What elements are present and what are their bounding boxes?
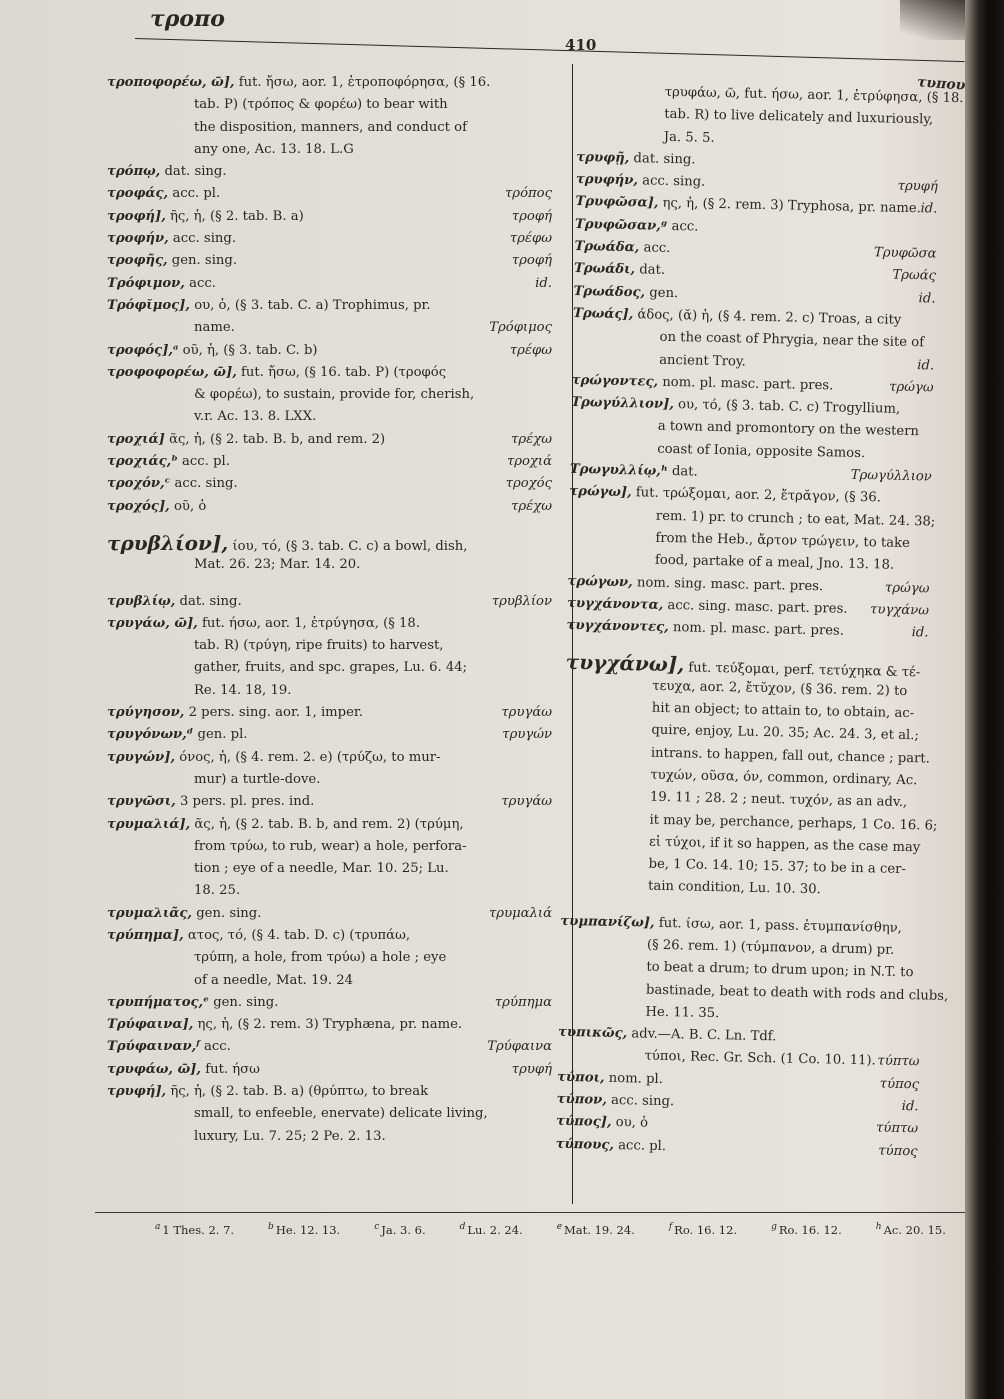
headword: τροφάς,: [107, 186, 168, 201]
right-column: τρυφάω, ῶ, fut. ήσω, aor. 1, ἐτρύφησα, (…: [555, 80, 949, 1164]
footnote-rule: [95, 1212, 965, 1213]
headword: τρυμαλιᾶς,: [107, 906, 192, 921]
cross-reference: τρυγάω: [501, 791, 552, 813]
definition-text: ίου, τό, (§ 3. tab. C. c) a bowl, dish,: [232, 539, 467, 554]
entry-line: from τρύω, to rub, wear) a hole, perfora…: [107, 836, 562, 858]
definition-text: acc. sing.: [611, 1093, 674, 1109]
dictionary-entry: τρύγησον, 2 pers. sing. aor. 1, imper.τρ…: [107, 702, 562, 724]
headword: τυγχάνοντες,: [566, 618, 668, 635]
headword: τύποι,: [557, 1070, 605, 1086]
definition-text: ancient Troy.: [659, 352, 746, 369]
definition-text: εἰ τύχοι, if it so happen, as the case m…: [649, 834, 921, 855]
entry-line: τροφήν, acc. sing.τρέφω: [107, 228, 562, 250]
entry-line: 18. 25.: [107, 880, 562, 902]
footnote-mark: a: [155, 1222, 160, 1232]
entry-line: tab. R) (τρύγη, ripe fruits) to harvest,: [107, 635, 562, 657]
definition-text: intrans. to happen, fall out, chance ; p…: [651, 745, 930, 766]
definition-text: 19. 11 ; 28. 2 ; neut. τυχόν, as an adv.…: [650, 790, 907, 810]
entry-line: Τρόφῐμος], ου, ὁ, (§ 3. tab. C. a) Troph…: [107, 295, 562, 317]
definition-text: be, 1 Co. 14. 10; 15. 37; to be in a cer…: [648, 857, 906, 877]
definition-text: fut. τρώξομαι, aor. 2, ἔτρᾰγον, (§ 36.: [636, 486, 881, 506]
definition-text: hit an object; to attain to, to obtain, …: [652, 701, 915, 721]
definition-text: acc.: [189, 276, 216, 291]
entry-line: luxury, Lu. 7. 25; 2 Pe. 2. 13.: [107, 1126, 562, 1148]
headword: τρυβλίον],: [107, 531, 228, 555]
entry-line: τρυμαλιά], ᾶς, ἡ, (§ 2. tab. B. b, and r…: [107, 814, 562, 836]
headword: Τρωάδος,: [573, 284, 645, 300]
headword: τρυγόνων,ᵈ: [107, 727, 193, 742]
definition-text: τυχών, οῦσα, όν, common, ordinary, Ac.: [650, 768, 917, 789]
cross-reference: id.: [918, 288, 935, 311]
dictionary-entry: τρυπήματος,ᵉ gen. sing.τρύπημα: [107, 992, 562, 1014]
entry-line: τρυβλίῳ, dat. sing.τρυβλίον: [107, 591, 562, 613]
definition-text: to beat a drum; to drum upon; in N.T. to: [646, 960, 913, 981]
dictionary-entry: τροφήν, acc. sing.τρέφω: [107, 228, 562, 250]
cross-reference: τροφή: [512, 206, 552, 228]
definition-text: nom. sing. masc. part. pres.: [637, 575, 824, 594]
definition-text: dat. sing.: [164, 164, 226, 179]
left-column: τροποφορέω, ῶ], fut. ἤσω, aor. 1, ἐτροπο…: [107, 72, 562, 1148]
headword: τρόπῳ,: [107, 164, 160, 179]
definition-text: gather, fruits, and spc. grapes, Lu. 6. …: [194, 660, 467, 675]
dictionary-entry: τροχόν,ᶜ acc. sing.τροχός: [107, 473, 562, 495]
dictionary-entry: τροχιά] ᾶς, ἡ, (§ 2. tab. B. b, and rem.…: [107, 429, 562, 451]
headword: τρύγησον,: [107, 705, 184, 720]
definition-text: acc. pl.: [172, 186, 220, 201]
definition-text: ης, ἡ, (§ 2. rem. 3) Tryphæna, pr. name.: [198, 1017, 463, 1032]
definition-text: nom. pl.: [609, 1071, 663, 1087]
headword: τροφή],: [107, 209, 166, 224]
footnote-text: Ac. 20. 15.: [884, 1223, 946, 1237]
entry-line: τρύπημα], ατος, τό, (§ 4. tab. D. c) (τρ…: [107, 925, 562, 947]
entry-line: Re. 14. 18, 19.: [107, 680, 562, 702]
cross-reference: τρώγω: [885, 577, 930, 600]
definition-text: acc. sing. masc. part. pres.: [667, 598, 847, 617]
definition-text: bastinade, beat to death with rods and c…: [646, 982, 949, 1003]
cross-reference: id.: [911, 622, 928, 645]
definition-text: acc. sing.: [642, 174, 705, 190]
entry-line: tion ; eye of a needle, Mar. 10. 25; Lu.: [107, 858, 562, 880]
headword: τροχός],: [107, 499, 170, 514]
cross-reference: τρυγάω: [501, 702, 552, 724]
definition-text: tab. R) (τρύγη, ripe fruits) to harvest,: [194, 638, 444, 653]
definition-text: tab. R) to live delicately and luxurious…: [664, 107, 933, 128]
footnote-text: 1 Thes. 2. 7.: [162, 1223, 234, 1237]
definition-text: Re. 14. 18, 19.: [194, 683, 291, 698]
headword: τροφοφορέω, ῶ],: [107, 365, 237, 380]
cross-reference: τύπτω: [876, 1118, 918, 1141]
definition-text: άδος, (ᾰ) ἡ, (§ 4. rem. 2. c) Troas, a c…: [637, 307, 901, 328]
dictionary-entry: τρυγών], όνος, ἡ, (§ 4. rem. 2. e) (τρύζ…: [107, 747, 562, 792]
headword: Τρωγυλλίῳ,ʰ: [570, 462, 668, 479]
dictionary-entry: Τρωάς], άδος, (ᾰ) ἡ, (§ 4. rem. 2. c) Tr…: [572, 303, 945, 378]
spacer: [107, 577, 562, 591]
headword: τρώγω],: [569, 484, 632, 500]
entry-line: τρυπήματος,ᵉ gen. sing.τρύπημα: [107, 992, 562, 1014]
cross-reference: τρυγών: [502, 724, 552, 746]
definition-text: gen. sing.: [213, 995, 278, 1010]
entry-line: the disposition, manners, and conduct of: [107, 117, 562, 139]
footnote-text: Ro. 16. 12.: [779, 1223, 842, 1237]
definition-text: adv.—A. B. C. Ln. Tdf.: [631, 1027, 776, 1045]
definition-text: ου, ὁ: [616, 1115, 649, 1131]
headword: Τρόφιμον,: [107, 276, 185, 291]
entry-line: τρυμαλιᾶς, gen. sing.τρυμαλιά: [107, 903, 562, 925]
dictionary-entry: τρυμαλιά], ᾶς, ἡ, (§ 2. tab. B. b, and r…: [107, 814, 562, 903]
footnote: fRo. 16. 12.: [669, 1222, 737, 1237]
headword: τροχόν,ᶜ: [107, 476, 170, 491]
cross-reference: Τρόφιμος: [489, 317, 552, 339]
entry-line: τροφός],ᵃ οῦ, ἡ, (§ 3. tab. C. b)τρέφω: [107, 340, 562, 362]
dictionary-entry: Τρύφαιναν,ᶠ acc.Τρύφαινα: [107, 1036, 562, 1058]
dictionary-entry: τρυφάω, ῶ], fut. ήσωτρυφή: [107, 1059, 562, 1081]
headword: Τρύφαιναν,ᶠ: [107, 1039, 200, 1054]
entry-line: v.r. Ac. 13. 8. LXX.: [107, 406, 562, 428]
definition-text: dat. sing.: [180, 594, 242, 609]
cross-reference: τρέχω: [511, 429, 552, 451]
entry-line: τροφῆς, gen. sing.τροφή: [107, 250, 562, 272]
footnote-mark: d: [460, 1222, 466, 1232]
definition-text: from τρύω, to rub, wear) a hole, perfora…: [194, 839, 467, 854]
headword: τρυγών],: [107, 750, 175, 765]
footnote-mark: e: [557, 1222, 562, 1232]
entry-line: τρυβλίον], ίου, τό, (§ 3. tab. C. c) a b…: [107, 532, 562, 554]
headword: τρυφήν,: [576, 172, 638, 188]
definition-text: acc.: [643, 240, 670, 256]
definition-text: luxury, Lu. 7. 25; 2 Pe. 2. 13.: [194, 1129, 386, 1144]
dictionary-entry: τρώγω], fut. τρώξομαι, aor. 2, ἔτρᾰγον, …: [568, 481, 942, 578]
definition-text: mur) a turtle-dove.: [194, 772, 320, 787]
headword: Τρύφαινα],: [107, 1017, 193, 1032]
headword: τρυμαλιά],: [107, 817, 190, 832]
cross-reference: τρυβλίον: [492, 591, 552, 613]
dictionary-entry: τρυφάω, ῶ, fut. ήσω, aor. 1, ἐτρύφησα, (…: [577, 80, 950, 155]
spacer: [107, 518, 562, 532]
headword: τυγχάνοντα,: [567, 596, 664, 613]
headword: τρύπημα],: [107, 928, 184, 943]
definition-text: ου, ὁ, (§ 3. tab. C. a) Trophimus, pr.: [194, 298, 430, 313]
headword: τυπικῶς,: [558, 1025, 627, 1041]
cross-reference: τρέχω: [511, 496, 552, 518]
dictionary-entry: τρυμαλιᾶς, gen. sing.τρυμαλιά: [107, 903, 562, 925]
dictionary-entry: τυμπανίζω], fut. ίσω, aor. 1, pass. ἐτυμ…: [558, 911, 932, 1030]
dictionary-entry: Τρωγύλλιον], ου, τό, (§ 3. tab. C. c) Tr…: [570, 392, 943, 467]
footnote-mark: c: [374, 1222, 379, 1232]
dictionary-entry: τρύπημα], ατος, τό, (§ 4. tab. D. c) (τρ…: [107, 925, 562, 992]
cross-reference: τροχός: [506, 473, 552, 495]
book-gutter-edge: [965, 0, 1004, 1399]
headword: τυμπανίζω],: [560, 914, 655, 931]
entry-line: τροφή], ῆς, ἡ, (§ 2. tab. B. a)τροφή: [107, 206, 562, 228]
headword: τροφῆς,: [107, 253, 168, 268]
definition-text: small, to enfeeble, enervate) delicate l…: [194, 1106, 488, 1121]
dictionary-entry: τρυβλίον], ίου, τό, (§ 3. tab. C. c) a b…: [107, 532, 562, 591]
entry-line: Mat. 26. 23; Mar. 14. 20.: [107, 554, 562, 576]
headword: τρώγων,: [567, 573, 633, 589]
cross-reference: τρυμαλιά: [489, 903, 552, 925]
entry-line: Τρόφιμον, acc.id.: [107, 273, 562, 295]
cross-reference: Τρωάς: [892, 265, 936, 288]
cross-reference: τύπος: [879, 1073, 919, 1096]
definition-text: nom. pl. masc. part. pres.: [673, 620, 844, 639]
entry-line: τρυφάω, ῶ], fut. ήσωτρυφή: [107, 1059, 562, 1081]
definition-text: τευχα, aor. 2, ἔτῠχον, (§ 36. rem. 2) to: [652, 678, 907, 698]
definition-text: name.: [194, 320, 235, 335]
definition-text: οῦ, ἡ, (§ 3. tab. C. b): [183, 343, 318, 358]
definition-text: any one, Ac. 13. 18. L.G: [194, 142, 354, 157]
cross-reference: τρυφή: [897, 176, 938, 199]
footnote-text: He. 12. 13.: [276, 1223, 340, 1237]
entry-line: name.Τρόφιμος: [107, 317, 562, 339]
entry-line: τροχός], οῦ, ὁτρέχω: [107, 496, 562, 518]
cross-reference: τρώγω: [889, 376, 934, 399]
headword: Τρυφῶσα],: [575, 194, 658, 211]
cross-reference: τρόπος: [505, 183, 552, 205]
dictionary-entry: Τρύφαινα], ης, ἡ, (§ 2. rem. 3) Tryphæna…: [107, 1014, 562, 1036]
definition-text: dat.: [639, 263, 665, 279]
dictionary-entry: τρυγῶσι, 3 pers. pl. pres. ind.τρυγάω: [107, 791, 562, 813]
definition-text: of a needle, Mat. 19. 24: [194, 973, 353, 988]
dictionary-entry: τροφή], ῆς, ἡ, (§ 2. tab. B. a)τροφή: [107, 206, 562, 228]
headword: τρώγοντες,: [572, 373, 659, 390]
headword: τροχιά]: [107, 432, 165, 447]
definition-text: τρύπη, a hole, from τρύω) a hole ; eye: [194, 950, 446, 965]
entry-line: τρυγῶσι, 3 pers. pl. pres. ind.τρυγάω: [107, 791, 562, 813]
definition-text: He. 11. 35.: [645, 1004, 719, 1021]
dictionary-entry: τροφάς, acc. pl.τρόπος: [107, 183, 562, 205]
cross-reference: id.: [901, 1096, 918, 1119]
headword: τρυφῇ,: [576, 150, 629, 166]
definition-text: gen. pl.: [198, 727, 248, 742]
headword: Τρωγύλλιον],: [571, 395, 674, 412]
definition-text: (§ 26. rem. 1) (τύμπανον, a drum) pr.: [647, 938, 895, 958]
entry-line: τροφοφορέω, ῶ], fut. ἤσω, (§ 16. tab. P)…: [107, 362, 562, 384]
headword: Τρωάδα,: [574, 239, 639, 255]
definition-text: τρυφάω, ῶ, fut. ήσω, aor. 1, ἐτρύφησα, (…: [665, 85, 964, 106]
headword: τύπον,: [556, 1092, 607, 1108]
definition-text: ᾶς, ἡ, (§ 2. tab. B. b, and rem. 2) (τρύ…: [194, 817, 463, 832]
dictionary-entry: Τρόφῐμος], ου, ὁ, (§ 3. tab. C. a) Troph…: [107, 295, 562, 340]
dictionary-entry: τρυγάω, ῶ], fut. ήσω, aor. 1, ἐτρύγησα, …: [107, 613, 562, 702]
cross-reference: τρυφή: [512, 1059, 552, 1081]
dictionary-entry: τρυφή], ῆς, ἡ, (§ 2. tab. B. a) (θρύπτω,…: [107, 1081, 562, 1148]
entry-line: τροχιά] ᾶς, ἡ, (§ 2. tab. B. b, and rem.…: [107, 429, 562, 451]
footnote: hAc. 20. 15.: [876, 1222, 946, 1237]
cross-reference: τύπτω: [877, 1051, 919, 1074]
definition-text: the disposition, manners, and conduct of: [194, 120, 467, 135]
footnote-text: Mat. 19. 24.: [564, 1223, 635, 1237]
definition-text: όνος, ἡ, (§ 4. rem. 2. e) (τρύζω, to mur…: [179, 750, 440, 765]
headword: τροποφορέω, ῶ],: [107, 75, 235, 90]
definition-text: ῆς, ἡ, (§ 2. tab. B. a) (θρύπτω, to brea…: [170, 1084, 428, 1099]
definition-text: acc. pl.: [182, 454, 230, 469]
cross-reference: Τρύφαινα: [487, 1036, 552, 1058]
definition-text: dat.: [672, 464, 698, 480]
entry-line: τροφάς, acc. pl.τρόπος: [107, 183, 562, 205]
definition-text: Ja. 5. 5.: [664, 129, 715, 145]
entry-line: τρυφή], ῆς, ἡ, (§ 2. tab. B. a) (θρύπτω,…: [107, 1081, 562, 1103]
headword: τρυγῶσι,: [107, 794, 176, 809]
cross-reference: id.: [920, 199, 937, 222]
dictionary-entry: τρυγόνων,ᵈ gen. pl.τρυγών: [107, 724, 562, 746]
footnotes: a1 Thes. 2. 7.bHe. 12. 13.cJa. 3. 6.dLu.…: [155, 1222, 946, 1237]
footnote: a1 Thes. 2. 7.: [155, 1222, 234, 1237]
footnote-text: Lu. 2. 24.: [467, 1223, 522, 1237]
headword: τροχιάς,ᵇ: [107, 454, 178, 469]
definition-text: a town and promontory on the western: [658, 419, 920, 439]
definition-text: acc. sing.: [175, 476, 238, 491]
definition-text: fut. ίσω, aor. 1, pass. ἐτυμπανίσθην,: [659, 916, 902, 936]
headword: Τρωάδι,: [574, 261, 635, 277]
definition-text: v.r. Ac. 13. 8. LXX.: [194, 409, 316, 424]
entry-line: tab. P) (τρόπος & φορέω) to bear with: [107, 94, 562, 116]
cross-reference: id.: [535, 273, 552, 295]
definition-text: fut. ἤσω, (§ 16. tab. P) (τροφός: [241, 365, 446, 380]
definition-text: 3 pers. pl. pres. ind.: [180, 794, 314, 809]
dictionary-entry: τρόπῳ, dat. sing.: [107, 161, 562, 183]
definition-text: tab. P) (τρόπος & φορέω) to bear with: [194, 97, 448, 112]
definition-text: food, partake of a meal, Jno. 13. 18.: [655, 553, 894, 573]
headword: τρυβλίῳ,: [107, 594, 175, 609]
definition-text: acc.: [671, 219, 698, 235]
footnote: dLu. 2. 24.: [460, 1222, 523, 1237]
definition-text: tain condition, Lu. 10. 30.: [648, 879, 821, 898]
dictionary-entry: τροχιάς,ᵇ acc. pl.τροχιά: [107, 451, 562, 473]
footnote-text: Ro. 16. 12.: [674, 1223, 737, 1237]
definition-text: ης, ἡ, (§ 2. rem. 3) Tryphosa, pr. name.: [662, 196, 921, 216]
definition-text: gen.: [649, 285, 678, 301]
definition-text: fut. ήσω: [205, 1062, 260, 1077]
entry-line: gather, fruits, and spc. grapes, Lu. 6. …: [107, 657, 562, 679]
entry-line: τρόπῳ, dat. sing.: [107, 161, 562, 183]
headword: τροφός],ᵃ: [107, 343, 178, 358]
entry-line: Τρύφαινα], ης, ἡ, (§ 2. rem. 3) Tryphæna…: [107, 1014, 562, 1036]
cross-reference: τύπος: [878, 1140, 918, 1163]
dictionary-entry: τροχός], οῦ, ὁτρέχω: [107, 496, 562, 518]
headword: τύπους,: [556, 1136, 615, 1152]
definition-text: 18. 25.: [194, 883, 240, 898]
dictionary-entry: τυγχάνω], fut. τεύξομαι, perf. τετύχηκα …: [561, 651, 938, 918]
footnote-text: Ja. 3. 6.: [381, 1223, 425, 1237]
entry-line: small, to enfeeble, enervate) delicate l…: [107, 1103, 562, 1125]
footnote: bHe. 12. 13.: [268, 1222, 340, 1237]
entry-line: τρυγάω, ῶ], fut. ήσω, aor. 1, ἐτρύγησα, …: [107, 613, 562, 635]
definition-text: rem. 1) pr. to crunch ; to eat, Mat. 24.…: [656, 508, 936, 529]
entry-line: & φορέω), to sustain, provide for, cheri…: [107, 384, 562, 406]
cross-reference: τρέφω: [510, 228, 552, 250]
cross-reference: τροχιά: [507, 451, 552, 473]
headword: τρυφάω, ῶ],: [107, 1062, 201, 1077]
headword: τυγχάνω],: [566, 650, 685, 676]
definition-text: dat. sing.: [633, 151, 695, 167]
definition-text: acc. sing.: [173, 231, 236, 246]
definition-text: & φορέω), to sustain, provide for, cheri…: [194, 387, 474, 402]
dictionary-entry: τροφός],ᵃ οῦ, ἡ, (§ 3. tab. C. b)τρέφω: [107, 340, 562, 362]
definition-text: fut. ἤσω, aor. 1, ἐτροποφόρησα, (§ 16.: [239, 75, 491, 90]
definition-text: coast of Ionia, opposite Samos.: [657, 441, 865, 460]
headword: τρυφή],: [107, 1084, 166, 1099]
cross-reference: Τρωγύλλιον: [850, 465, 931, 489]
headword: τρυπήματος,ᵉ: [107, 995, 209, 1010]
footnote: eMat. 19. 24.: [557, 1222, 635, 1237]
cross-reference: τροφή: [512, 250, 552, 272]
dictionary-entry: τυπικῶς, adv.—A. B. C. Ln. Tdf.τύποι, Re…: [557, 1022, 930, 1074]
entry-line: τρυγόνων,ᵈ gen. pl.τρυγών: [107, 724, 562, 746]
entry-line: τρύπη, a hole, from τρύω) a hole ; eye: [107, 947, 562, 969]
dictionary-entry: τροφῆς, gen. sing.τροφή: [107, 250, 562, 272]
dictionary-entry: τρυβλίῳ, dat. sing.τρυβλίον: [107, 591, 562, 613]
entry-line: τροποφορέω, ῶ], fut. ἤσω, aor. 1, ἐτροπο…: [107, 72, 562, 94]
definition-text: οῦ, ὁ: [174, 499, 206, 514]
definition-text: gen. sing.: [172, 253, 237, 268]
definition-text: ῆς, ἡ, (§ 2. tab. B. a): [170, 209, 304, 224]
running-head-left: τροπο: [150, 6, 225, 32]
definition-text: tion ; eye of a needle, Mar. 10. 25; Lu.: [194, 861, 449, 876]
footnote-mark: h: [876, 1222, 882, 1232]
definition-text: fut. ήσω, aor. 1, ἐτρύγησα, (§ 18.: [202, 616, 420, 631]
footnote: cJa. 3. 6.: [374, 1222, 425, 1237]
cross-reference: τρύπημα: [495, 992, 552, 1014]
definition-text: acc.: [204, 1039, 231, 1054]
footnote: gRo. 16. 12.: [771, 1222, 842, 1237]
cross-reference: id.: [917, 355, 934, 378]
definition-text: it may be, perchance, perhaps, 1 Co. 16.…: [649, 812, 937, 833]
definition-text: nom. pl. masc. part. pres.: [662, 375, 833, 394]
cross-reference: τρέφω: [510, 340, 552, 362]
definition-text: Mat. 26. 23; Mar. 14. 20.: [194, 557, 360, 572]
headword: τύπος],: [556, 1114, 612, 1130]
definition-text: on the coast of Phrygia, near the site o…: [659, 330, 924, 351]
footnote-mark: f: [669, 1222, 672, 1232]
headword: Τρόφῐμος],: [107, 298, 190, 313]
dictionary-entry: Τρόφιμον, acc.id.: [107, 273, 562, 295]
headword: τροφήν,: [107, 231, 169, 246]
entry-line: τροχόν,ᶜ acc. sing.τροχός: [107, 473, 562, 495]
footnote-mark: b: [268, 1222, 274, 1232]
definition-text: quire, enjoy, Lu. 20. 35; Ac. 24. 3, et …: [651, 723, 919, 744]
headword: τρυγάω, ῶ],: [107, 616, 198, 631]
definition-text: acc. pl.: [618, 1138, 666, 1154]
cross-reference: Τρυφῶσα: [874, 242, 937, 266]
dictionary-entry: τροποφορέω, ῶ], fut. ἤσω, aor. 1, ἐτροπο…: [107, 72, 562, 161]
dictionary-entry: τροφοφορέω, ῶ], fut. ἤσω, (§ 16. tab. P)…: [107, 362, 562, 429]
cross-reference: τυγχάνω: [870, 599, 929, 623]
definition-text: ᾶς, ἡ, (§ 2. tab. B. b, and rem. 2): [169, 432, 385, 447]
headword: Τρυφῶσαν,ᵍ: [575, 217, 668, 234]
definition-text: gen. sing.: [196, 906, 261, 921]
entry-line: of a needle, Mat. 19. 24: [107, 970, 562, 992]
entry-line: any one, Ac. 13. 18. L.G: [107, 139, 562, 161]
definition-text: τύποι, Rec. Gr. Sch. (1 Co. 10. 11).: [644, 1049, 876, 1069]
entry-line: τρυγών], όνος, ἡ, (§ 4. rem. 2. e) (τρύζ…: [107, 747, 562, 769]
headword: Τρωάς],: [573, 306, 633, 322]
definition-text: ου, τό, (§ 3. tab. C. c) Trogyllium,: [678, 397, 900, 417]
entry-line: τροχιάς,ᵇ acc. pl.τροχιά: [107, 451, 562, 473]
entry-line: τρύγησον, 2 pers. sing. aor. 1, imper.τρ…: [107, 702, 562, 724]
definition-text: ατος, τό, (§ 4. tab. D. c) (τρυπάω,: [188, 928, 410, 943]
definition-text: from the Heb., ἄρτον τρώγειν, to take: [655, 531, 910, 551]
entry-line: mur) a turtle-dove.: [107, 769, 562, 791]
definition-text: 2 pers. sing. aor. 1, imper.: [189, 705, 363, 720]
footnote-mark: g: [771, 1222, 777, 1232]
entry-line: Τρύφαιναν,ᶠ acc.Τρύφαινα: [107, 1036, 562, 1058]
